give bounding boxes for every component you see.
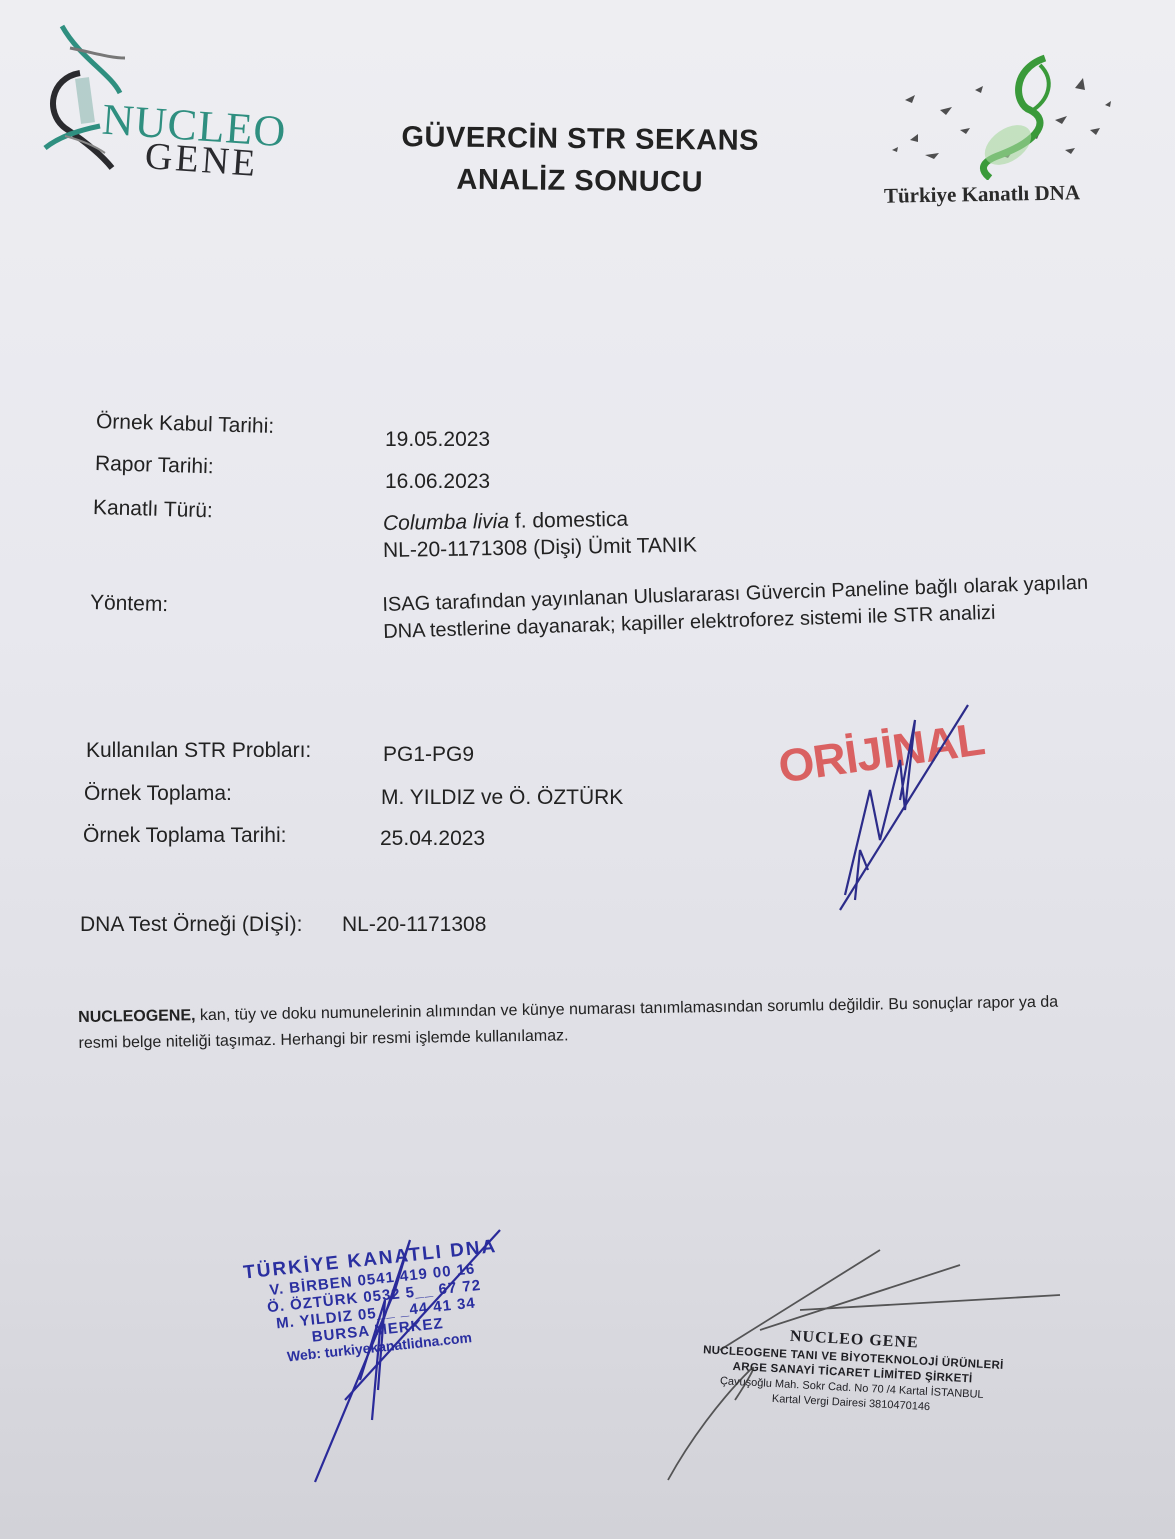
turkiye-kanatli-dna-logo: Türkiye Kanatlı DNA	[880, 50, 1130, 210]
str-probes-value: PG1-PG9	[383, 743, 474, 767]
report-date-value: 16.06.2023	[385, 470, 490, 494]
report-date-label: Rapor Tarihi:	[95, 452, 214, 479]
logo-gene-text: GENE	[144, 134, 260, 186]
bird-species-label: Kanatlı Türü:	[93, 496, 213, 523]
signatures	[0, 0, 1175, 1539]
document-page: NUCLEO GENE GÜVERCİN STR SEKANS ANALİZ S…	[0, 0, 1175, 1539]
species-form: f. domestica	[509, 508, 628, 533]
disclaimer-text: kan, tüy ve doku numunelerinin alımından…	[78, 994, 1058, 1052]
species-scientific-name: Columba livia	[383, 510, 509, 535]
method-label: Yöntem:	[90, 591, 169, 617]
nucleogene-company-stamp: NUCLEO GENE NUCLEOGENE TANI VE BİYOTEKNO…	[676, 1322, 1030, 1420]
dna-pigeons-icon	[880, 50, 1130, 180]
sample-collection-value: M. YILDIZ ve Ö. ÖZTÜRK	[381, 786, 623, 810]
dna-test-sample-value: NL-20-1171308	[342, 913, 486, 937]
sample-collection-label: Örnek Toplama:	[84, 782, 232, 806]
bird-species-value: Columba livia f. domestica	[383, 508, 629, 536]
dna-test-sample-label: DNA Test Örneği (DİŞİ):	[80, 913, 303, 937]
original-stamp: ORİJİNAL	[775, 711, 987, 793]
page-title: GÜVERCİN STR SEKANS ANALİZ SONUCU	[360, 116, 801, 205]
sample-accept-date-value: 19.05.2023	[385, 428, 490, 452]
nucleogene-logo: NUCLEO GENE	[40, 18, 300, 188]
str-probes-label: Kullanılan STR Probları:	[86, 739, 311, 763]
sample-accept-date-label: Örnek Kabul Tarihi:	[96, 410, 275, 439]
title-line-1: GÜVERCİN STR SEKANS	[360, 116, 800, 163]
method-value: ISAG tarafından yayınlanan Uluslararası …	[382, 569, 1103, 646]
ring-owner-value: NL-20-1171308 (Dişi) Ümit TANIK	[383, 534, 697, 563]
disclaimer: NUCLEOGENE, kan, tüy ve doku numunelerin…	[78, 989, 1069, 1057]
disclaimer-brand: NUCLEOGENE,	[78, 1007, 196, 1026]
logo-brand-text: Türkiye Kanatlı DNA	[884, 180, 1080, 208]
turkiye-kanatli-dna-stamp: TÜRKİYE KANATLI DNA V. BİRBEN 0541 419 0…	[220, 1234, 529, 1371]
sample-collection-date-value: 25.04.2023	[380, 827, 485, 851]
sample-collection-date-label: Örnek Toplama Tarihi:	[83, 824, 287, 848]
title-line-2: ANALİZ SONUCU	[360, 158, 800, 205]
